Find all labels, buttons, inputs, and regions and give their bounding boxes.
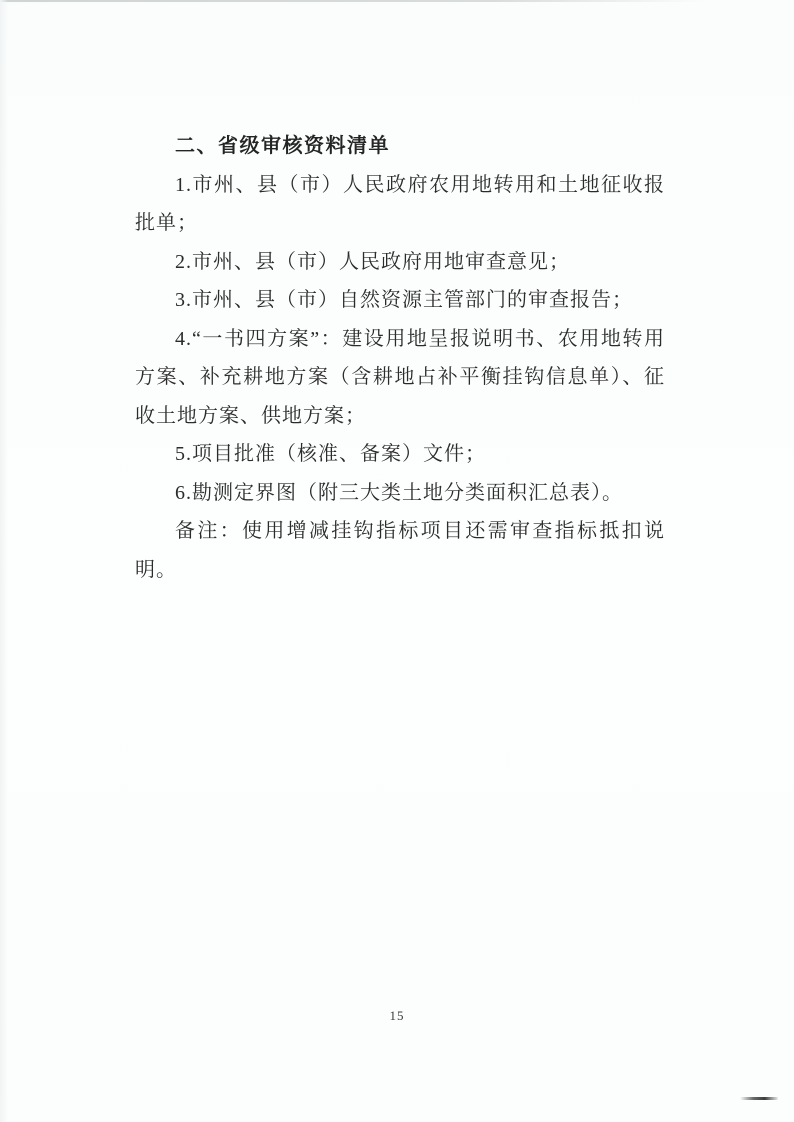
- page-number: 15: [0, 1008, 794, 1024]
- scan-artifact-line: [740, 1097, 778, 1100]
- scan-edge-top: [0, 0, 706, 2]
- list-item-1: 1.市州、县（市）人民政府农用地转用和土地征收报批单；: [135, 166, 665, 243]
- document-body: 二、省级审核资料清单 1.市州、县（市）人民政府农用地转用和土地征收报批单； 2…: [135, 127, 665, 589]
- list-item-4: 4.“一书四方案”：建设用地呈报说明书、农用地转用方案、补充耕地方案（含耕地占补…: [135, 320, 665, 436]
- list-item-3: 3.市州、县（市）自然资源主管部门的审查报告；: [135, 281, 665, 320]
- scan-edge-left: [0, 0, 8, 1122]
- section-heading: 二、省级审核资料清单: [135, 127, 665, 166]
- list-item-5: 5.项目批准（核准、备案）文件；: [135, 435, 665, 474]
- note-line: 备注：使用增减挂钩指标项目还需审查指标抵扣说明。: [135, 512, 665, 589]
- list-item-6: 6.勘测定界图（附三大类土地分类面积汇总表）。: [135, 474, 665, 513]
- list-item-2: 2.市州、县（市）人民政府用地审查意见；: [135, 243, 665, 282]
